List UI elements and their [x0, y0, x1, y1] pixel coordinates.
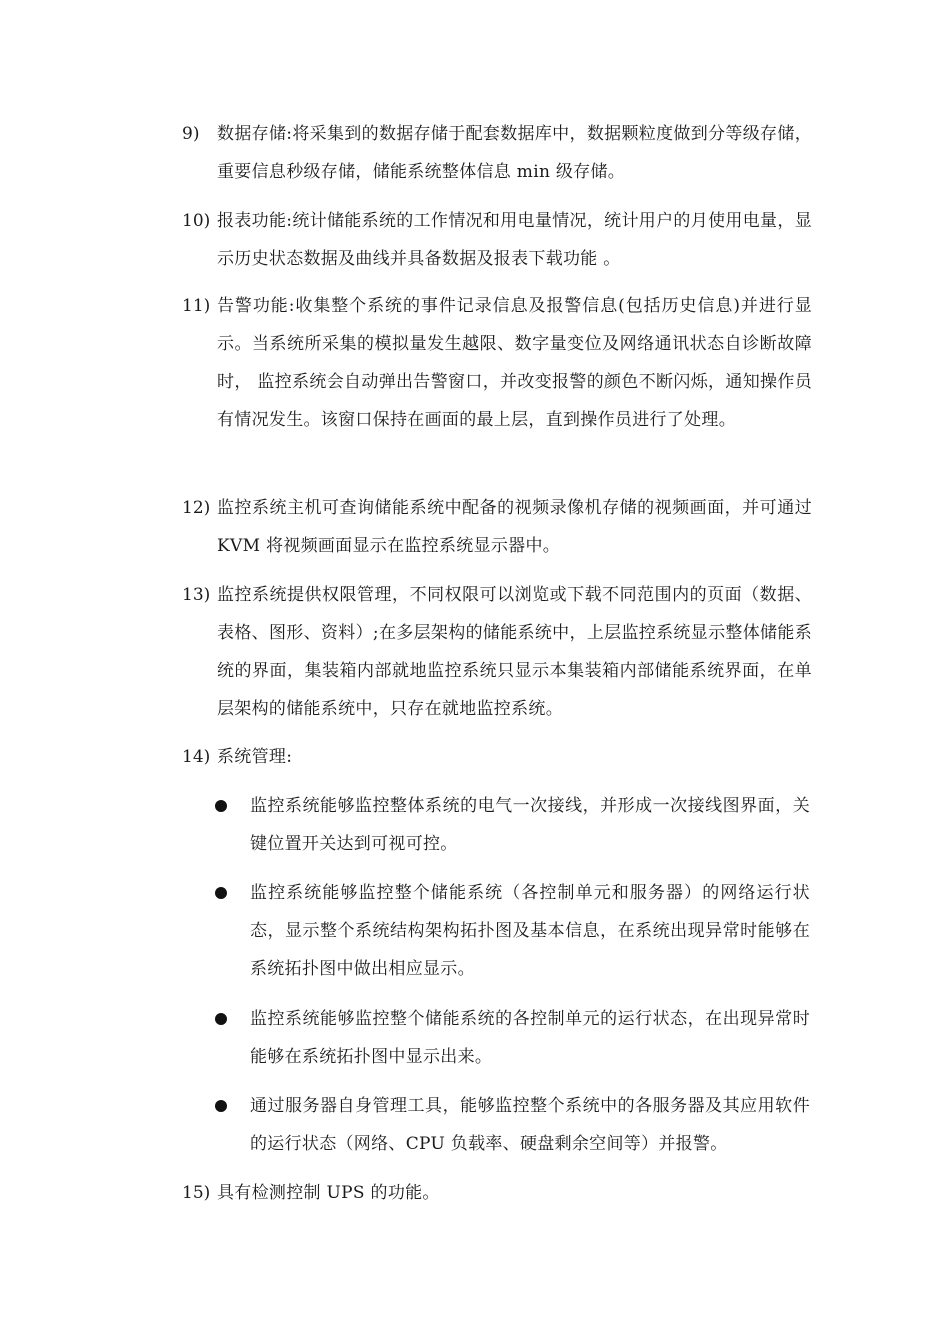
bullet-icon: [215, 1013, 227, 1025]
bullet-icon: [215, 887, 227, 899]
bullet-item: 监控系统能够监控整个储能系统的各控制单元的运行状态，在出现异常时能够在系统拓扑图…: [215, 1000, 810, 1076]
list-item-9: 9) 数据存储:将采集到的数据存储于配套数据库中，数据颗粒度做到分等级存储，重要…: [182, 115, 812, 191]
item-text: 监控系统提供权限管理，不同权限可以浏览或下载不同范围内的页面（数据、表格、图形、…: [217, 576, 812, 728]
bullet-item: 监控系统能够监控整个储能系统（各控制单元和服务器）的网络运行状态，显示整个系统结…: [215, 874, 810, 988]
bullet-text: 监控系统能够监控整个储能系统的各控制单元的运行状态，在出现异常时能够在系统拓扑图…: [250, 1000, 810, 1076]
item-text: 具有检测控制 UPS 的功能。: [217, 1174, 812, 1212]
item-text: 监控系统主机可查询储能系统中配备的视频录像机存储的视频画面，并可通过 KVM 将…: [217, 489, 812, 565]
bullet-text: 监控系统能够监控整个储能系统（各控制单元和服务器）的网络运行状态，显示整个系统结…: [250, 874, 810, 988]
list-item-12: 12) 监控系统主机可查询储能系统中配备的视频录像机存储的视频画面，并可通过 K…: [182, 489, 812, 565]
bullet-item: 监控系统能够监控整体系统的电气一次接线，并形成一次接线图界面，关键位置开关达到可…: [215, 787, 810, 863]
bullet-text: 监控系统能够监控整体系统的电气一次接线，并形成一次接线图界面，关键位置开关达到可…: [250, 787, 810, 863]
list-item-13: 13) 监控系统提供权限管理，不同权限可以浏览或下载不同范围内的页面（数据、表格…: [182, 576, 812, 728]
item-text: 报表功能:统计储能系统的工作情况和用电量情况，统计用户的月使用电量，显示历史状态…: [217, 202, 812, 278]
item-text: 系统管理:: [217, 738, 812, 776]
item-number: 12): [182, 489, 210, 527]
item-number: 15): [182, 1174, 210, 1212]
item-text: 告警功能:收集整个系统的事件记录信息及报警信息(包括历史信息)并进行显示。当系统…: [217, 287, 812, 439]
bullet-text: 通过服务器自身管理工具，能够监控整个系统中的各服务器及其应用软件的运行状态（网络…: [250, 1087, 810, 1163]
list-item-11: 11) 告警功能:收集整个系统的事件记录信息及报警信息(包括历史信息)并进行显示…: [182, 287, 812, 439]
list-item-14: 14) 系统管理:: [182, 738, 812, 776]
document-page: 9) 数据存储:将采集到的数据存储于配套数据库中，数据颗粒度做到分等级存储，重要…: [0, 0, 950, 1344]
bullet-item: 通过服务器自身管理工具，能够监控整个系统中的各服务器及其应用软件的运行状态（网络…: [215, 1087, 810, 1163]
item-number: 11): [182, 287, 210, 325]
item-text: 数据存储:将采集到的数据存储于配套数据库中，数据颗粒度做到分等级存储，重要信息秒…: [217, 115, 812, 191]
item-number: 9): [182, 115, 199, 153]
bullet-icon: [215, 800, 227, 812]
item-number: 14): [182, 738, 210, 776]
bullet-icon: [215, 1100, 227, 1112]
list-item-15: 15) 具有检测控制 UPS 的功能。: [182, 1174, 812, 1212]
item-number: 10): [182, 202, 210, 240]
item-number: 13): [182, 576, 210, 614]
list-item-10: 10) 报表功能:统计储能系统的工作情况和用电量情况，统计用户的月使用电量，显示…: [182, 202, 812, 278]
